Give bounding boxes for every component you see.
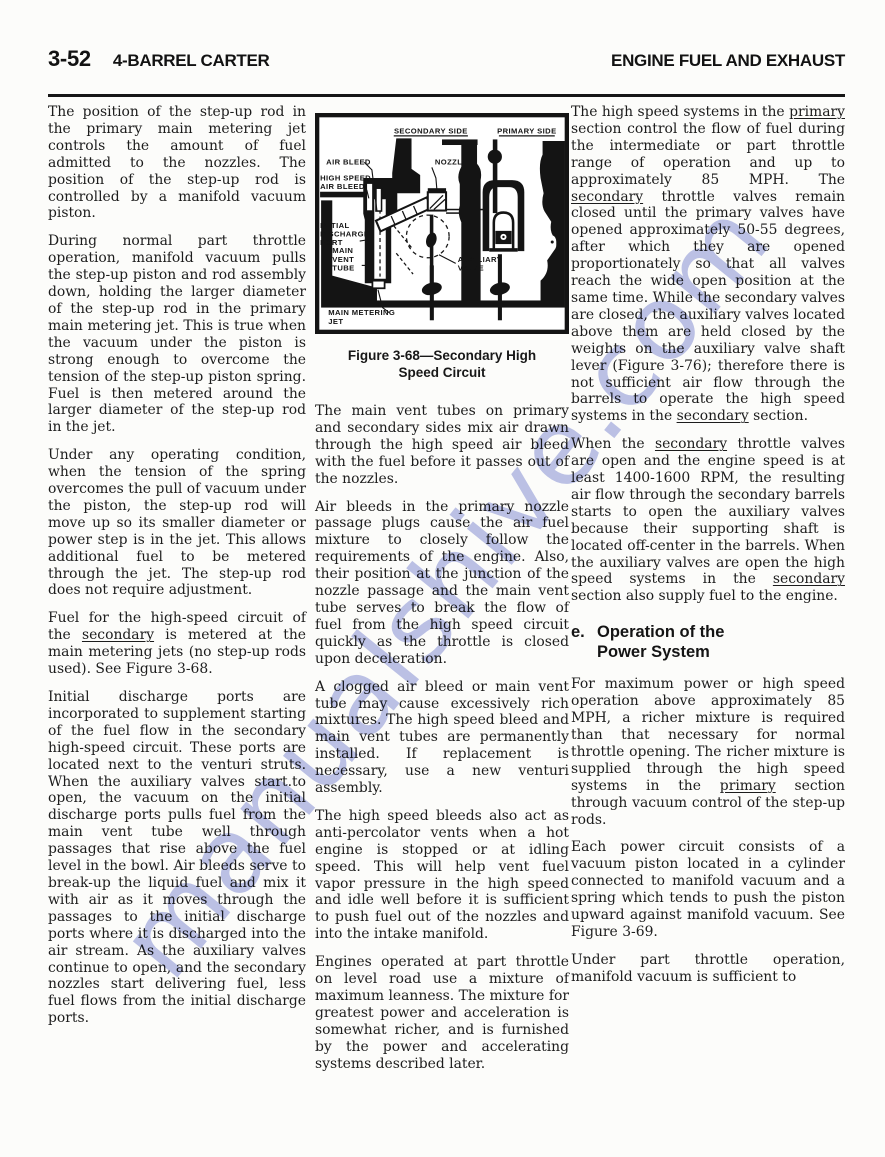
- figure-label-mmj-1: MAIN METERING: [328, 308, 395, 317]
- figure-3-68-diagram: SECONDARY SIDE PRIMARY SIDE: [315, 113, 569, 334]
- paragraph: Fuel for the high-speed circuit of the s…: [48, 610, 306, 678]
- paragraph: When the secondary throttle valves are o…: [571, 436, 845, 605]
- text-column-middle: SECONDARY SIDE PRIMARY SIDE: [315, 113, 569, 1084]
- figure-label-secondary-side: SECONDARY SIDE: [394, 126, 468, 135]
- figure-label-aux-2: VALVE: [458, 263, 484, 272]
- figure-label-high-speed-1: HIGH SPEED: [320, 174, 371, 183]
- text-column-left: The position of the step-up rod in the p…: [48, 104, 306, 1038]
- figure-caption-line1: Figure 3-68—Secondary High: [315, 347, 569, 364]
- paragraph: Initial discharge ports are incorporated…: [48, 689, 306, 1027]
- paragraph: Engines operated at part throttle on lev…: [315, 954, 569, 1072]
- primary-venturi-shape: [483, 180, 525, 252]
- main-metering-jet-shape: [372, 281, 384, 289]
- figure-label-aux-1: AUXILIARY: [458, 255, 502, 264]
- paragraph: During normal part throttle operation, m…: [48, 233, 306, 436]
- manual-page: 3-52 4-BARREL CARTER ENGINE FUEL AND EXH…: [0, 0, 885, 1157]
- figure-label-idp-2: DISCHARGE: [320, 229, 369, 238]
- section-title-right: ENGINE FUEL AND EXHAUST: [611, 51, 845, 71]
- header-rule: [48, 94, 845, 97]
- figure-caption: Figure 3-68—Secondary High Speed Circuit: [315, 347, 569, 381]
- paragraph: Under any operating condition, when the …: [48, 447, 306, 599]
- figure-label-primary-side: PRIMARY SIDE: [497, 126, 556, 135]
- figure-label-mmj-2: JET: [328, 317, 343, 326]
- figure-caption-line2: Speed Circuit: [315, 364, 569, 381]
- text-column-right: The high speed systems in the primary se…: [571, 104, 845, 997]
- paragraph: Each power circuit consists of a vacuum …: [571, 839, 845, 940]
- figure-label-high-speed-2: AIR BLEED: [320, 182, 365, 191]
- paragraph: The position of the step-up rod in the p…: [48, 104, 306, 222]
- figure-label-mvt-1: MAIN: [332, 246, 353, 255]
- paragraph: The main vent tubes on primary and secon…: [315, 403, 569, 488]
- figure-label-mvt-3: TUBE: [332, 263, 354, 272]
- paragraph: For maximum power or high speed operatio…: [571, 676, 845, 828]
- paragraph: A clogged air bleed or main vent tube ma…: [315, 679, 569, 797]
- paragraph: Air bleeds in the primary nozzle passage…: [315, 499, 569, 668]
- figure-label-idp-1: INITIAL: [320, 221, 349, 230]
- figure-label-mvt-2: VENT: [332, 255, 354, 264]
- text-column-middle-body: The main vent tubes on primary and secon…: [315, 403, 569, 1073]
- paragraph: Under part throttle operation, manifold …: [571, 952, 845, 986]
- page-number: 3-52: [48, 46, 91, 72]
- figure-label-nozzle: NOZZLE: [435, 157, 468, 166]
- page-header: 3-52 4-BARREL CARTER ENGINE FUEL AND EXH…: [48, 46, 845, 72]
- paragraph: The high speed bleeds also act as anti-p…: [315, 808, 569, 943]
- figure-3-68: SECONDARY SIDE PRIMARY SIDE: [315, 113, 569, 381]
- section-heading: e.Operation of thePower System: [571, 622, 845, 662]
- paragraph: The high speed systems in the primary se…: [571, 104, 845, 425]
- section-title-left: 4-BARREL CARTER: [113, 51, 270, 71]
- figure-label-air-bleed: AIR BLEED: [326, 157, 371, 166]
